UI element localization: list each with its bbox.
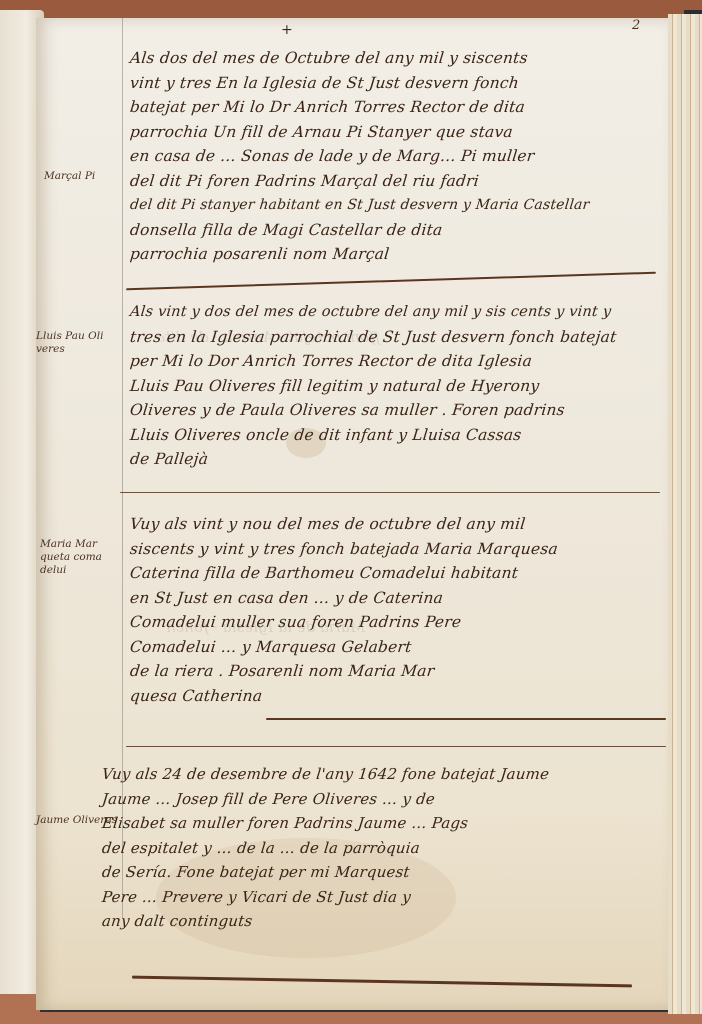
entry-line: de Sería. Fone batejat per mi Marquest (101, 860, 664, 885)
entry-line: Lluis Pau Oliveres fill legitim y natura… (129, 374, 662, 399)
baptism-entry-2: Als vint y dos del mes de octubre del an… (130, 300, 660, 472)
entry-line: any dalt continguts (101, 909, 664, 934)
baptism-entry-3: Vuy als vint y nou del mes de octubre de… (130, 512, 660, 708)
entry-line: Oliveres y de Paula Oliveres sa muller .… (129, 398, 662, 423)
entry-line: donsella filla de Magi Castellar de dita (129, 218, 662, 243)
entry-line: Comadelui … y Marquesa Gelabert (129, 635, 662, 660)
entry-line: parrochia Un fill de Arnau Pi Stanyer qu… (129, 120, 662, 145)
entry-line: siscents y vint y tres fonch batejada Ma… (129, 537, 662, 562)
entry-line: del dit Pi foren Padrins Marçal del riu … (129, 169, 662, 194)
page-cross-mark: + (281, 22, 293, 38)
entry-line: de Pallejà (129, 447, 662, 472)
baptism-entry-1: Als dos del mes de Octubre del any mil y… (130, 46, 660, 267)
entry-divider (126, 272, 656, 291)
margin-note-entry-2: Lluis Pau Oli veres (36, 330, 103, 356)
entry-line: batejat per Mi lo Dr Anrich Torres Recto… (129, 95, 662, 120)
entry-line: quesa Catherina (129, 684, 662, 709)
entry-line: en casa de … Sonas de lade y de Marg… Pi… (129, 144, 662, 169)
margin-note-entry-3: Maria Mar queta coma delui (40, 538, 102, 577)
entry-line: Pere … Prevere y Vicari de St Just dia y (101, 885, 664, 910)
entry-line: tres en la Iglesia parrochial de St Just… (129, 325, 662, 350)
entry-line: Als dos del mes de Octubre del any mil y… (129, 46, 662, 71)
entry-line: Vuy als vint y nou del mes de octubre de… (129, 512, 662, 537)
entry-line: del dit Pi stanyer habitant en St Just d… (129, 193, 662, 218)
entry-line: Lluis Oliveres oncle de dit infant y Llu… (129, 423, 662, 448)
page-number: 2 (632, 18, 640, 33)
entry-line: de la riera . Posarenli nom Maria Mar (129, 659, 662, 684)
entry-divider (266, 718, 666, 720)
entry-line: Caterina filla de Barthomeu Comadelui ha… (129, 561, 662, 586)
entry-line: Elisabet sa muller foren Padrins Jaume …… (101, 811, 664, 836)
closing-flourish (132, 976, 632, 988)
entry-line: parrochia posarenli nom Marçal (129, 242, 662, 267)
entry-line: del espitalet y … de la … de la parròqui… (101, 836, 664, 861)
margin-note-entry-1: Marçal Pi (44, 170, 95, 183)
entry-line: Als vint y dos del mes de octubre del an… (129, 300, 662, 325)
entry-line: en St Just en casa den … y de Caterina (129, 586, 662, 611)
entry-line: vint y tres En la Iglesia de St Just des… (129, 71, 662, 96)
entry-line: per Mi lo Dor Anrich Torres Rector de di… (129, 349, 662, 374)
entry-divider (126, 746, 666, 747)
entry-line: Jaume … Josep fill de Pere Oliveres … y … (101, 787, 664, 812)
page-stack-edge (668, 14, 702, 1014)
entry-line: Vuy als 24 de desembre de l'any 1642 fon… (101, 762, 664, 787)
entry-divider (120, 492, 660, 493)
baptism-entry-4: Vuy als 24 de desembre de l'any 1642 fon… (102, 762, 662, 934)
entry-line: Comadelui muller sua foren Padrins Pere (129, 610, 662, 635)
manuscript-page: ffoni batejat · Anrich · de dita Maria d… (36, 18, 668, 1010)
